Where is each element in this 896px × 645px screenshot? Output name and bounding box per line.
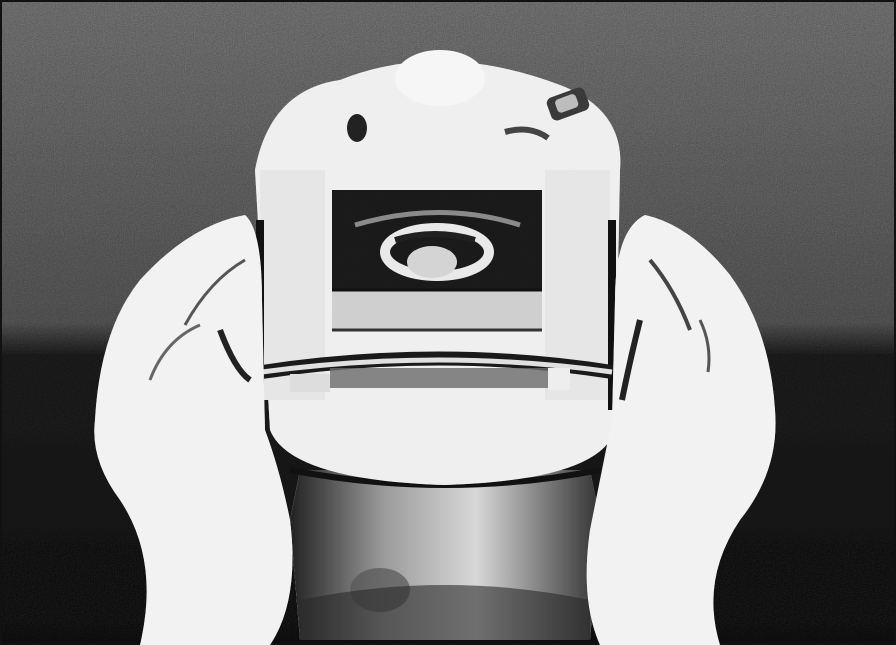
caliper-mount bbox=[290, 470, 600, 640]
piston bbox=[407, 246, 457, 278]
photograph bbox=[0, 0, 896, 645]
retaining-band bbox=[262, 359, 612, 393]
caliper-photo bbox=[0, 0, 896, 645]
piston-window bbox=[332, 190, 542, 330]
